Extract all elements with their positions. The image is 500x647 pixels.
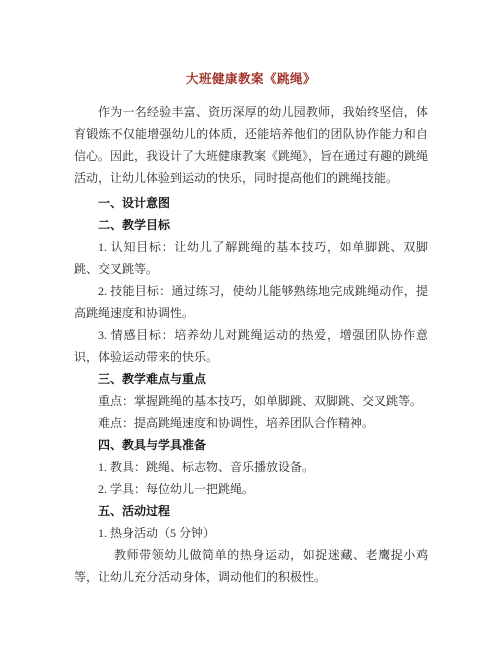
sub-paragraph: 教师带领幼儿做简单的热身运动，如捉迷藏、老鹰捉小鸡等，让幼儿充分活动身体，调动他… xyxy=(74,544,428,588)
list-item: 难点：提高跳绳速度和协调性，培养团队合作精神。 xyxy=(74,412,428,434)
intro-paragraph: 作为一名经验丰富、资历深厚的幼儿园教师，我始终坚信，体育锻炼不仅能增强幼儿的体质… xyxy=(74,101,428,189)
list-item: 3. 情感目标：培养幼儿对跳绳运动的热爱，增强团队协作意识，体验运动带来的快乐。 xyxy=(74,324,428,368)
section-heading: 五、活动过程 xyxy=(74,500,428,522)
section-heading: 三、教学难点与重点 xyxy=(74,368,428,390)
list-item: 2. 学具：每位幼儿一把跳绳。 xyxy=(74,478,428,500)
list-item: 1. 认知目标：让幼儿了解跳绳的基本技巧，如单脚跳、双脚跳、交叉跳等。 xyxy=(74,236,428,280)
list-item: 2. 技能目标：通过练习，使幼儿能够熟练地完成跳绳动作，提高跳绳速度和协调性。 xyxy=(74,280,428,324)
list-item: 1. 教具：跳绳、标志物、音乐播放设备。 xyxy=(74,456,428,478)
section-heading: 二、教学目标 xyxy=(74,214,428,236)
section-heading: 一、设计意图 xyxy=(74,192,428,214)
document-body: 作为一名经验丰富、资历深厚的幼儿园教师，我始终坚信，体育锻炼不仅能增强幼儿的体质… xyxy=(74,101,428,588)
section-heading: 四、教具与学具准备 xyxy=(74,434,428,456)
document-title: 大班健康教案《跳绳》 xyxy=(74,68,428,90)
list-item: 1. 热身活动（5 分钟） xyxy=(74,522,428,544)
document-page: 大班健康教案《跳绳》 作为一名经验丰富、资历深厚的幼儿园教师，我始终坚信，体育锻… xyxy=(0,0,500,647)
list-item: 重点：掌握跳绳的基本技巧，如单脚跳、双脚跳、交叉跳等。 xyxy=(74,390,428,412)
